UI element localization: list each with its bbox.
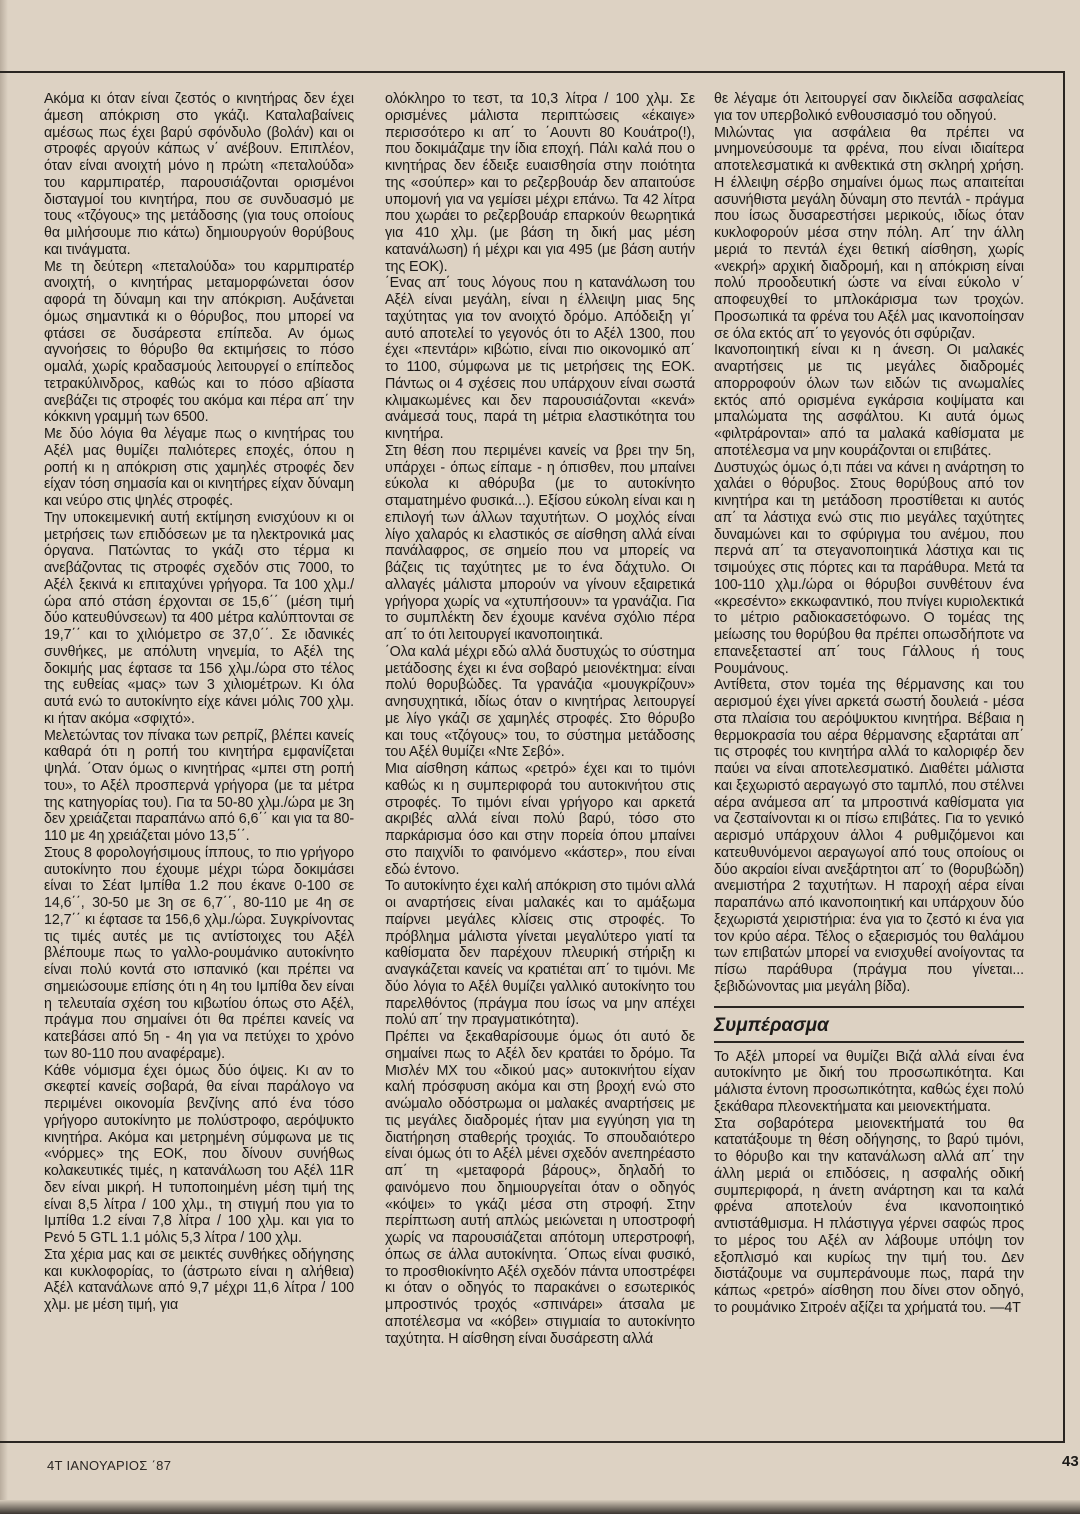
article-column-1: Ακόμα κι όταν είναι ζεστός ο κινητήρας δ…: [44, 91, 354, 1314]
paragraph: Το Αξέλ μπορεί να θυμίζει Βιζά αλλά είνα…: [714, 1049, 1024, 1116]
page-gutter-shadow: [0, 0, 8, 1514]
paragraph: Την υποκειμενική αυτή εκτίμηση ενισχύουν…: [44, 510, 354, 728]
paragraph: Μελετώντας τον πίνακα των ρεπρίζ, βλέπει…: [44, 728, 354, 845]
paragraph: Ικανοποιητική είναι κι η άνεση. Οι μαλακ…: [714, 342, 1024, 459]
paragraph: Στη θέση που περιμένει κανείς να βρει τη…: [385, 443, 695, 644]
paragraph: Αντίθετα, στον τομέα της θέρμανσης και τ…: [714, 677, 1024, 995]
frame-bottom-rule: [0, 1441, 1065, 1443]
paragraph: Με δύο λόγια θα λέγαμε πως ο κινητήρας τ…: [44, 426, 354, 510]
paragraph: Δυστυχώς όμως ό,τι πάει να κάνει η ανάρτ…: [714, 460, 1024, 678]
paragraph: Μιλώντας για ασφάλεια θα πρέπει να μνημο…: [714, 125, 1024, 343]
page-bottom-shadow: [0, 1500, 1080, 1514]
frame-right-rule: [1063, 71, 1065, 1443]
paragraph: Στα σοβαρότερα μειονεκτήματά του θα κατα…: [714, 1116, 1024, 1317]
paragraph: Μια αίσθηση κάπως «ρετρό» έχει και το τι…: [385, 761, 695, 878]
paragraph: Στους 8 φορολογήσιμους ίππους, το πιο γρ…: [44, 845, 354, 1063]
paragraph: ολόκληρο το τεστ, τα 10,3 λίτρα / 100 χλ…: [385, 91, 695, 275]
paragraph: Με τη δεύτερη «πεταλούδα» του καρμπιρατέ…: [44, 259, 354, 427]
section-divider: [714, 1006, 1024, 1008]
conclusion-section: Το Αξέλ μπορεί να θυμίζει Βιζά αλλά είνα…: [714, 1049, 1024, 1317]
page-number: 43: [1062, 1453, 1079, 1470]
paragraph: θε λέγαμε ότι λειτουργεί σαν δικλείδα ασ…: [714, 91, 1024, 125]
frame-top-rule: [0, 71, 1064, 73]
paragraph: ΄Ενας απ΄ τους λόγους που η κατανάλωση τ…: [385, 275, 695, 443]
article-column-2: ολόκληρο το τεστ, τα 10,3 λίτρα / 100 χλ…: [385, 91, 695, 1347]
article-column-3: θε λέγαμε ότι λειτουργεί σαν δικλείδα ασ…: [714, 91, 1024, 1317]
paragraph: ΄Ολα καλά μέχρι εδώ αλλά δυστυχώς το σύσ…: [385, 644, 695, 761]
section-heading-conclusion: Συμπέρασμα: [714, 1014, 1024, 1043]
paragraph: Κάθε νόμισμα έχει όμως δύο όψεις. Κι αν …: [44, 1063, 354, 1247]
paragraph: Ακόμα κι όταν είναι ζεστός ο κινητήρας δ…: [44, 91, 354, 259]
paragraph: Πρέπει να ξεκαθαρίσουμε όμως ότι αυτό δε…: [385, 1029, 695, 1347]
paragraph: Το αυτοκίνητο έχει καλή απόκριση στο τιμ…: [385, 878, 695, 1029]
paragraph: Στα χέρια μας και σε μεικτές συνθήκες οδ…: [44, 1247, 354, 1314]
footer-publication-date: 4T ΙΑΝΟΥΑΡΙΟΣ ΄87: [47, 1458, 171, 1473]
